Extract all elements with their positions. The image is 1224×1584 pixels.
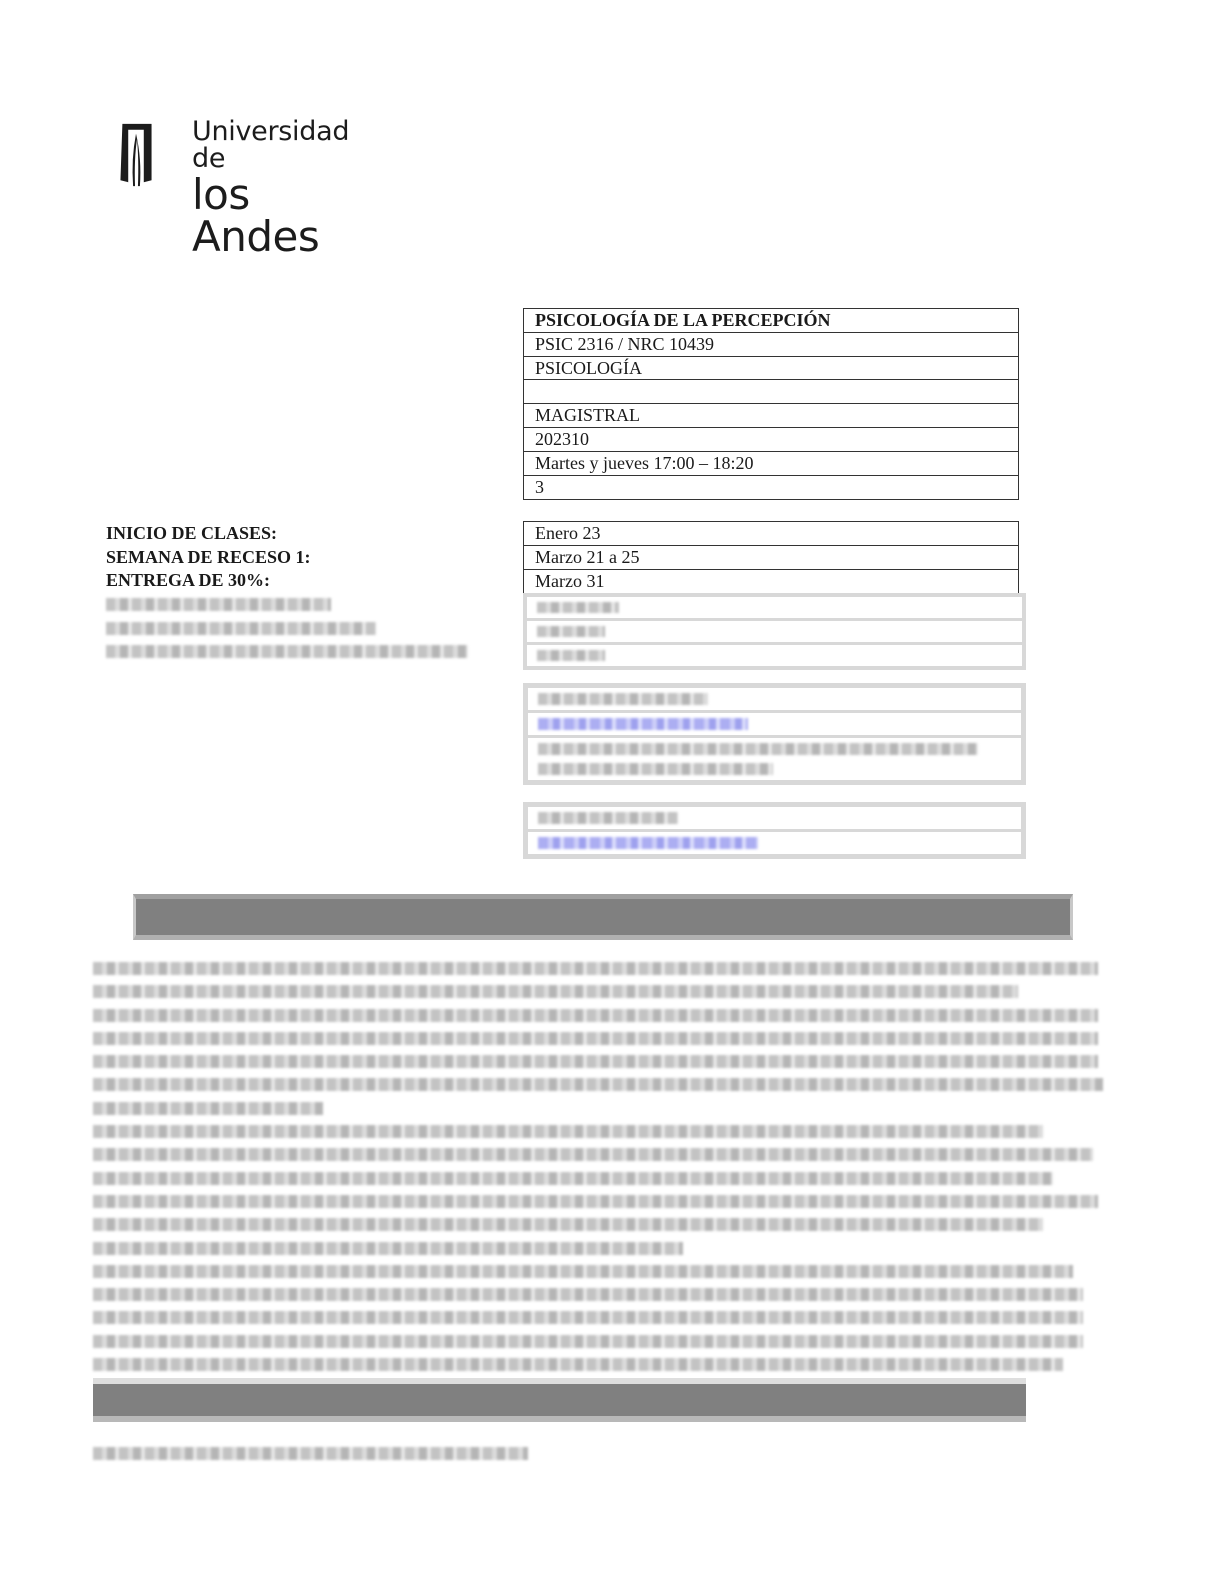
professor-contact-box	[523, 683, 1026, 785]
date-labels: INICIO DE CLASES: SEMANA DE RECESO 1: EN…	[106, 522, 311, 593]
assistant-contact-box	[523, 802, 1026, 859]
course-info-table: PSICOLOGÍA DE LA PERCEPCIÓN PSIC 2316 / …	[523, 308, 1019, 500]
university-logo: Universidad de los Andes	[116, 118, 386, 200]
redacted-professor-name	[538, 693, 708, 705]
course-schedule: Martes y jueves 17:00 – 18:20	[524, 452, 1018, 476]
redacted-label	[106, 598, 331, 611]
course-empty-row	[524, 380, 1018, 404]
course-department: PSICOLOGÍA	[524, 357, 1018, 381]
course-description	[93, 962, 1103, 1381]
course-type: MAGISTRAL	[524, 404, 1018, 428]
course-title: PSICOLOGÍA DE LA PERCEPCIÓN	[524, 309, 1018, 333]
course-credits: 3	[524, 476, 1018, 500]
date-inicio-clases: Enero 23	[524, 522, 1018, 546]
redacted-label	[106, 645, 468, 658]
redacted-date	[537, 602, 619, 613]
label-inicio-clases: INICIO DE CLASES:	[106, 522, 311, 546]
date-entrega-30: Marzo 31	[524, 570, 1018, 594]
redacted-date	[537, 650, 605, 661]
section-banner-description	[133, 894, 1073, 940]
redacted-assistant-name	[538, 812, 678, 824]
section-banner-objectives	[93, 1378, 1026, 1422]
logo-line-1: Universidad de	[192, 118, 386, 172]
redacted-dates-rows	[523, 593, 1026, 670]
redacted-label	[106, 622, 376, 635]
date-semana-receso: Marzo 21 a 25	[524, 546, 1018, 570]
redacted-office-hours	[538, 763, 773, 775]
logo-line-2: los Andes	[192, 174, 386, 258]
label-entrega-30: ENTREGA DE 30%:	[106, 569, 311, 593]
assistant-email-link[interactable]	[538, 837, 758, 849]
course-code: PSIC 2316 / NRC 10439	[524, 333, 1018, 357]
redacted-date	[537, 626, 605, 637]
university-name: Universidad de los Andes	[192, 118, 386, 258]
university-crest-icon	[116, 120, 156, 190]
label-semana-receso: SEMANA DE RECESO 1:	[106, 546, 311, 570]
dates-table: Enero 23 Marzo 21 a 25 Marzo 31	[523, 521, 1019, 594]
objectives-intro	[93, 1447, 1103, 1470]
course-period: 202310	[524, 428, 1018, 452]
redacted-office-hours	[538, 743, 978, 755]
professor-email-link[interactable]	[538, 718, 748, 730]
